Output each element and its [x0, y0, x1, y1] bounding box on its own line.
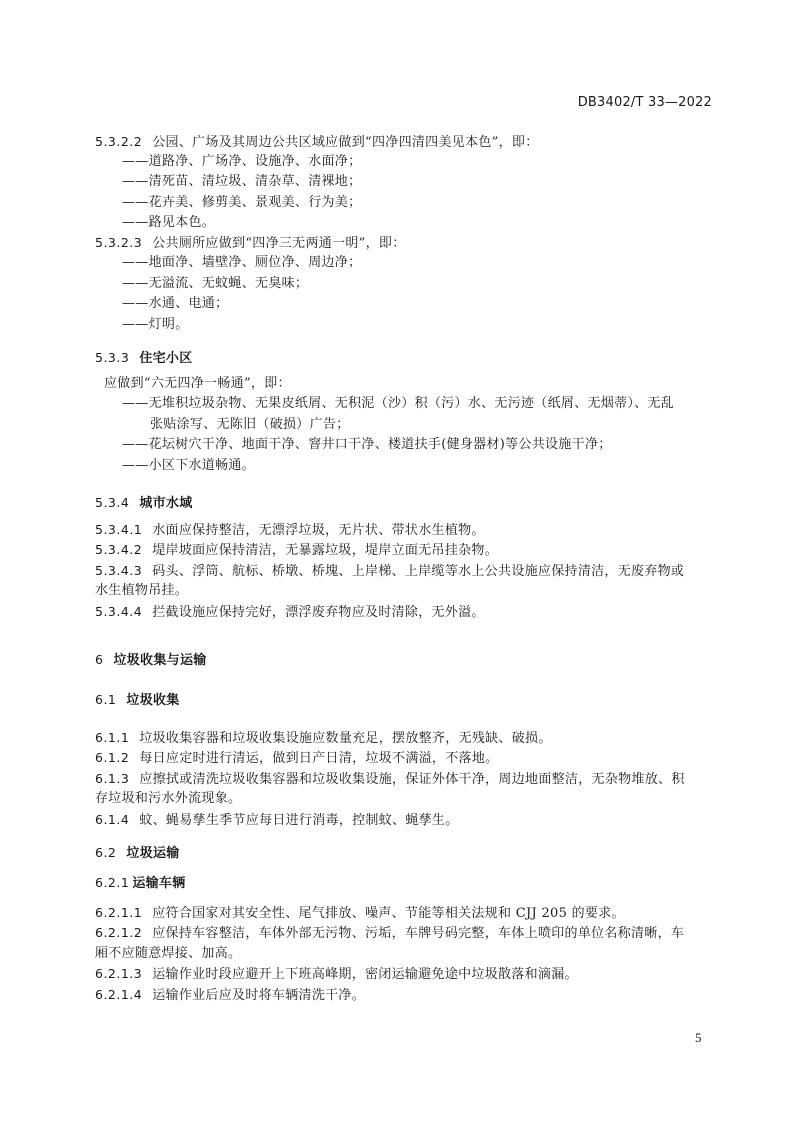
clause-6-2-1-3: 6.2.1.3运输作业时段应避开上下班高峰期，密闭运输避免途中垃圾散落和滴漏。: [95, 966, 578, 983]
page-number: 5: [695, 1030, 702, 1046]
clause-number: 6.1.3: [95, 771, 129, 786]
clause-continuation: 厢不应随意焊接、加高。: [95, 946, 241, 962]
section-title: 住宅小区: [139, 351, 192, 366]
chapter-heading-6: 6垃圾收集与运输: [95, 652, 207, 669]
clause-number: 6.1.2: [95, 750, 129, 765]
clause-number: 6.2.1.3: [95, 966, 142, 981]
clause-6-1-1: 6.1.1垃圾收集容器和垃圾收集设施应数量充足，摆放整齐，无残缺、破损。: [95, 730, 552, 747]
clause-text: 应符合国家对其安全性、尾气排放、噪声、节能等相关法规和 CJJ 205 的要求。: [152, 906, 625, 921]
clause-text: 应擦拭或清洗垃圾收集容器和垃圾收集设施，保证外体干净，周边地面整洁，无杂物堆放、…: [139, 772, 684, 787]
clause-text: 码头、浮筒、航标、桥墩、桥塊、上岸梯、上岸缆等水上公共设施应保持清洁，无废弃物或: [152, 564, 684, 579]
clause-5-3-2-3: 5.3.2.3公共厕所应做到“四净三无两通一明”，即：: [95, 235, 406, 252]
section-number: 6.2: [95, 845, 116, 860]
clause-text: 蚊、蝇易孳生季节应每日进行消毒，控制蚊、蝇孳生。: [139, 813, 458, 828]
list-item: ——道路净、广场净、设施净、水面净；: [122, 154, 361, 170]
list-item: ——小区下水道畅通。: [122, 458, 255, 474]
clause-continuation: 存垃圾和污水外流现象。: [95, 791, 241, 807]
clause-text: 公园、广场及其周边公共区域应做到“四净四清四美见本色”，即：: [152, 135, 538, 150]
section-number: 5.3.3: [95, 350, 129, 365]
clause-number: 6.2.1.4: [95, 987, 142, 1002]
clause-number: 6.1.1: [95, 730, 129, 745]
chapter-number: 6: [95, 652, 103, 667]
clause-5-3-4-3: 5.3.4.3码头、浮筒、航标、桥墩、桥塊、上岸梯、上岸缆等水上公共设施应保持清…: [95, 563, 684, 580]
list-item: ——灯明。: [122, 317, 189, 333]
clause-5-3-2-2: 5.3.2.2公园、广场及其周边公共区域应做到“四净四清四美见本色”，即：: [95, 134, 539, 151]
list-item-continuation: 张贴涂写、无陈旧（破损）广告；: [150, 417, 350, 433]
clause-number: 5.3.4.2: [95, 542, 142, 557]
clause-text: 运输作业时段应避开上下班高峰期，密闭运输避免途中垃圾散落和滴漏。: [152, 967, 578, 982]
clause-text: 垃圾收集容器和垃圾收集设施应数量充足，摆放整齐，无残缺、破损。: [139, 731, 551, 746]
clause-text: 堤岸坡面应保持清洁，无暴露垃圾，堤岸立面无吊挂杂物。: [152, 543, 498, 558]
subsection-title: 运输车辆: [132, 876, 185, 891]
section-heading-5-3-4: 5.3.4城市水域: [95, 495, 193, 512]
clause-text: 应保持车容整洁，车体外部无污物、污垢，车牌号码完整，车体上喷印的单位名称清晰，车: [152, 926, 684, 941]
section-heading-6-2: 6.2垃圾运输: [95, 845, 180, 862]
clause-6-1-3: 6.1.3应擦拭或清洗垃圾收集容器和垃圾收集设施，保证外体干净，周边地面整洁，无…: [95, 771, 685, 788]
clause-text: 每日应定时进行清运，做到日产日清，垃圾不满溢，不落地。: [139, 751, 498, 766]
section-heading-6-1: 6.1垃圾收集: [95, 692, 180, 709]
clause-text: 拦截设施应保持完好，漂浮废弃物应及时清除，无外溢。: [152, 605, 485, 620]
section-title: 垃圾运输: [126, 846, 179, 861]
clause-6-2-1-4: 6.2.1.4运输作业后应及时将车辆清洗干净。: [95, 987, 365, 1004]
list-item: ——地面净、墙壁净、厕位净、周边净；: [122, 255, 361, 271]
clause-number: 6.1.4: [95, 812, 129, 827]
clause-text: 水面应保持整洁，无漂浮垃圾，无片状、带状水生植物。: [152, 523, 485, 538]
clause-number: 5.3.4.3: [95, 563, 142, 578]
clause-continuation: 水生植物吊挂。: [95, 583, 188, 599]
chapter-title: 垃圾收集与运输: [113, 653, 206, 668]
subsection-number: 6.2.1: [95, 875, 129, 890]
clause-6-2-1-1: 6.2.1.1应符合国家对其安全性、尾气排放、噪声、节能等相关法规和 CJJ 2…: [95, 905, 625, 922]
list-item: ——无堆积垃圾杂物、无果皮纸屑、无积泥（沙）积（污）水、无污迹（纸屑、无烟蒂）、…: [122, 396, 674, 412]
list-item: ——无溢流、无蚊蝇、无臭味；: [122, 276, 308, 292]
list-item: ——路见本色。: [122, 215, 215, 231]
clause-number: 6.2.1.1: [95, 905, 142, 920]
clause-6-1-2: 6.1.2每日应定时进行清运，做到日产日清，垃圾不满溢，不落地。: [95, 750, 498, 767]
clause-number: 5.3.4.4: [95, 604, 142, 619]
section-number: 6.1: [95, 692, 116, 707]
list-item: ——清死苗、清垃圾、清杂草、清裸地；: [122, 174, 361, 190]
clause-6-1-4: 6.1.4蚊、蝇易孳生季节应每日进行消毒，控制蚊、蝇孳生。: [95, 812, 459, 829]
clause-number: 5.3.4.1: [95, 522, 142, 537]
clause-5-3-4-2: 5.3.4.2堤岸坡面应保持清洁，无暴露垃圾，堤岸立面无吊挂杂物。: [95, 542, 498, 559]
list-item: ——花卉美、修剪美、景观美、行为美；: [122, 195, 361, 211]
subsection-heading-6-2-1: 6.2.1运输车辆: [95, 875, 186, 892]
clause-number: 5.3.2.2: [95, 134, 142, 149]
clause-number: 5.3.2.3: [95, 235, 142, 250]
list-item: ——水通、电通；: [122, 296, 228, 312]
clause-number: 6.2.1.2: [95, 925, 142, 940]
clause-text: 运输作业后应及时将车辆清洗干净。: [152, 988, 365, 1003]
section-title: 垃圾收集: [126, 693, 179, 708]
clause-6-2-1-2: 6.2.1.2应保持车容整洁，车体外部无污物、污垢，车牌号码完整，车体上喷印的单…: [95, 925, 684, 942]
section-heading-5-3-3: 5.3.3住宅小区: [95, 350, 193, 367]
section-number: 5.3.4: [95, 495, 129, 510]
section-title: 城市水域: [139, 496, 192, 511]
clause-5-3-4-4: 5.3.4.4拦截设施应保持完好，漂浮废弃物应及时清除，无外溢。: [95, 604, 485, 621]
clause-5-3-4-1: 5.3.4.1水面应保持整洁，无漂浮垃圾，无片状、带状水生植物。: [95, 522, 485, 539]
document-code-header: DB3402/T 33—2022: [578, 95, 712, 110]
list-item: ——花坛树穴干净、地面干净、窨井口干净、楼道扶手(健身器材)等公共设施干净；: [122, 437, 612, 453]
clause-text: 公共厕所应做到“四净三无两通一明”，即：: [152, 236, 405, 251]
section-intro: 应做到“六无四净一畅通”，即：: [104, 376, 291, 392]
